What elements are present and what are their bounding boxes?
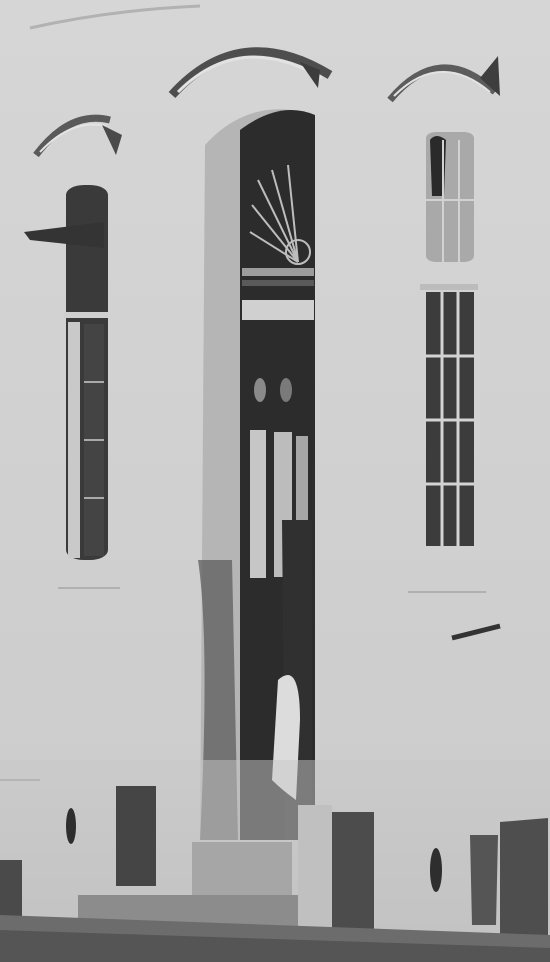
photograph-building-facade: Black-and-white historical photograph of… bbox=[0, 0, 550, 962]
facade-illustration bbox=[0, 0, 550, 962]
